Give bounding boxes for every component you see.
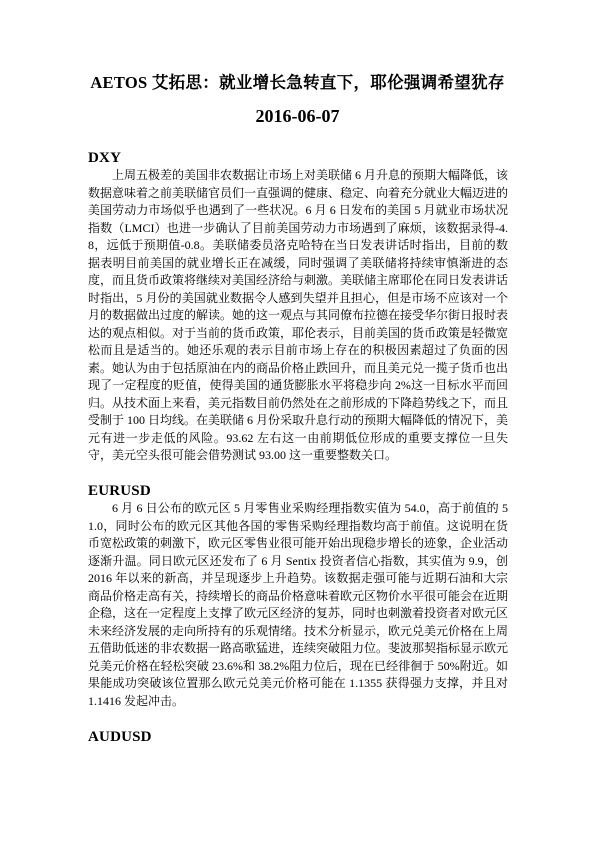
section-dxy-paragraph: 上周五极差的美国非农数据让市场上对美联储 6 月升息的预期大幅降低，该数据意味着…	[88, 167, 508, 465]
section-dxy-heading: DXY	[88, 149, 508, 167]
section-dxy: DXY 上周五极差的美国非农数据让市场上对美联储 6 月升息的预期大幅降低，该数…	[88, 149, 508, 465]
document-date: 2016-06-07	[0, 104, 595, 128]
document-page: AETOS 艾拓思：就业增长急转直下，耶伦强调希望犹存 2016-06-07 D…	[0, 0, 595, 842]
section-eurusd-heading: EURUSD	[88, 482, 508, 500]
section-eurusd: EURUSD 6 月 6 日公布的欧元区 5 月零售业采购经理指数实值为 54.…	[88, 482, 508, 710]
section-audusd-heading: AUDUSD	[88, 728, 508, 746]
document-body: DXY 上周五极差的美国非农数据让市场上对美联储 6 月升息的预期大幅降低，该数…	[88, 149, 508, 746]
section-eurusd-paragraph: 6 月 6 日公布的欧元区 5 月零售业采购经理指数实值为 54.0，高于前值的…	[88, 500, 508, 710]
document-title: AETOS 艾拓思：就业增长急转直下，耶伦强调希望犹存	[0, 0, 595, 95]
section-audusd: AUDUSD	[88, 728, 508, 746]
